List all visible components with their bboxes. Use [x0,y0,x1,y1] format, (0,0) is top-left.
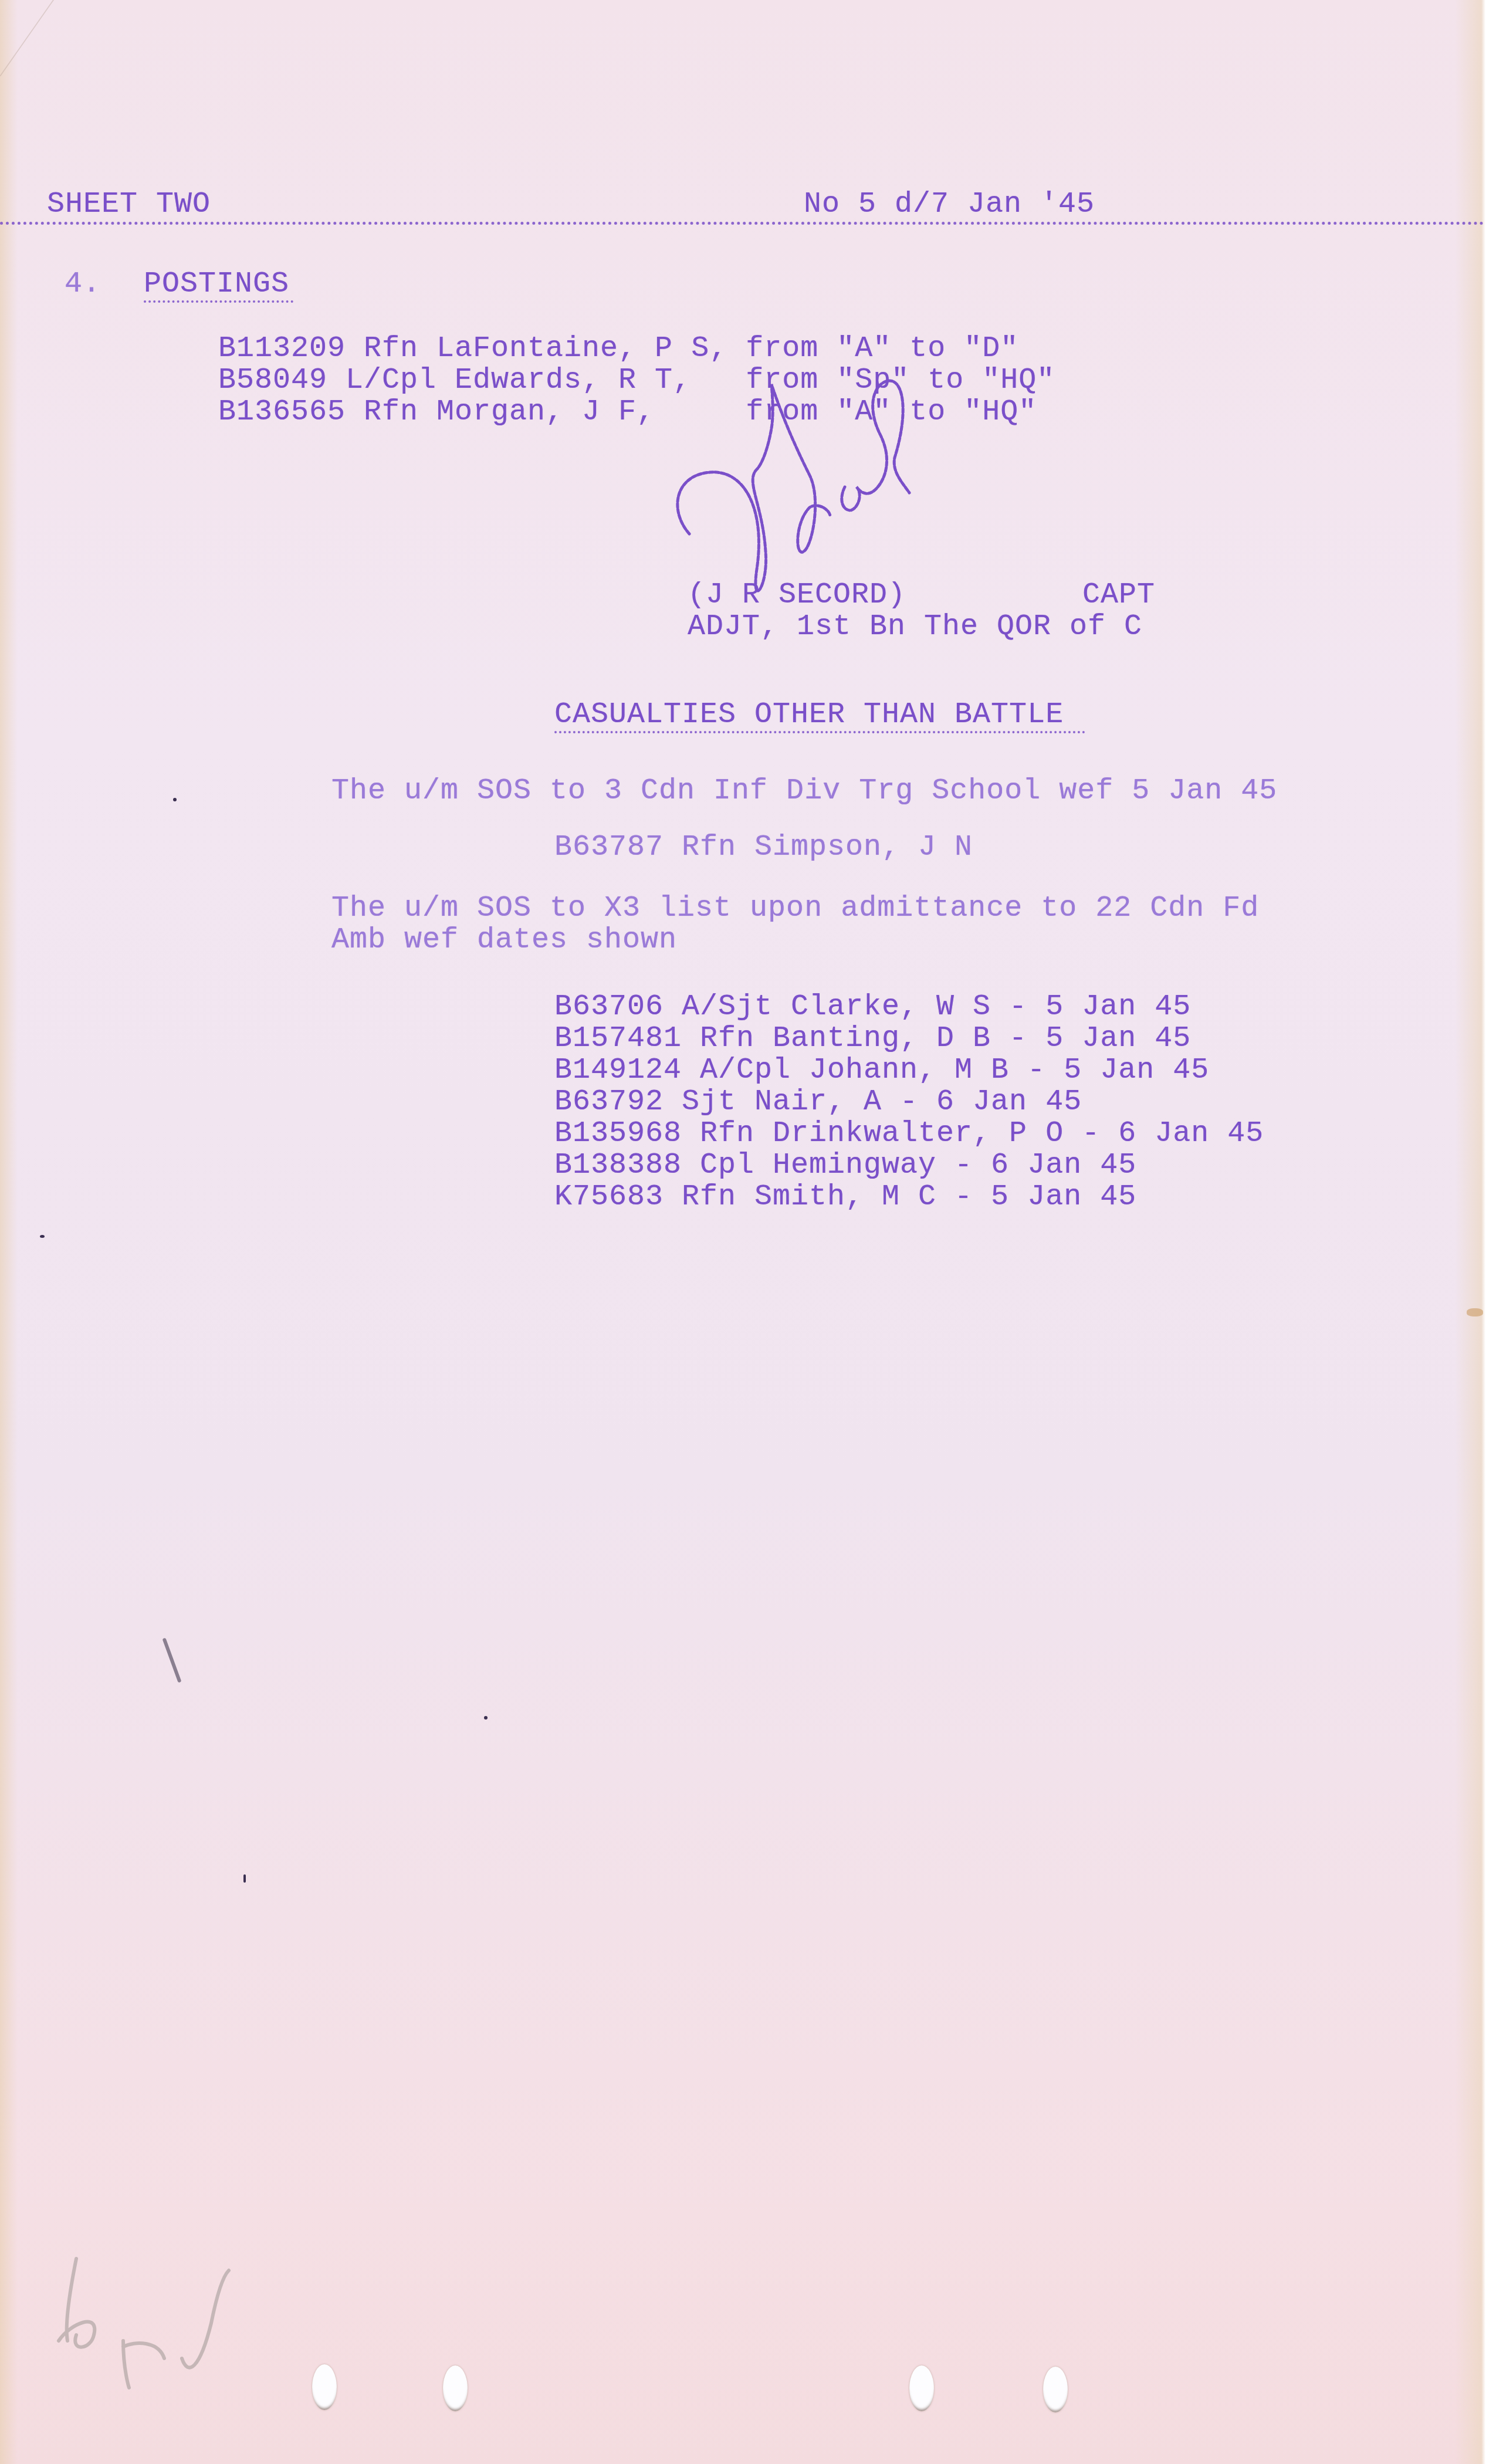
list-item: B157481 Rfn Banting, D B - 5 Jan 45 [554,1023,1191,1055]
ink-speck [243,1874,246,1883]
paragraph-x3-list-line1: The u/m SOS to X3 list upon admittance t… [331,893,1259,925]
handwritten-initials-icon [35,2253,246,2394]
pencil-mark [163,1637,182,1683]
paper-stain [1467,1308,1483,1316]
document-page: SHEET TWO No 5 d/7 Jan '45 4. POSTINGS B… [0,0,1496,2464]
section-number: 4. [65,269,101,300]
ink-speck [173,798,177,801]
list-item: B138388 Cpl Hemingway - 6 Jan 45 [554,1150,1136,1182]
list-item: B63792 Sjt Nair, A - 6 Jan 45 [554,1087,1082,1118]
handwritten-signature-icon [663,375,1027,598]
list-item: B63706 A/Sjt Clarke, W S - 5 Jan 45 [554,991,1191,1023]
punch-hole [1043,2367,1068,2412]
section-title-postings: POSTINGS [144,269,289,300]
list-item: B113209 Rfn LaFontaine, P S, from "A" to… [218,333,1018,365]
header-rule [0,222,1484,225]
paragraph-trg-school: The u/m SOS to 3 Cdn Inf Div Trg School … [331,776,1277,807]
signatory-name: (J R SECORD) [688,580,906,611]
list-item: K75683 Rfn Smith, M C - 5 Jan 45 [554,1182,1136,1213]
punch-hole [443,2365,468,2411]
paper-fold-crease [0,0,54,76]
sheet-label: SHEET TWO [47,189,211,221]
order-reference: No 5 d/7 Jan '45 [804,189,1095,221]
section-title-casualties: CASUALTIES OTHER THAN BATTLE [554,699,1064,731]
ink-speck [484,1716,488,1720]
signatory-rank: CAPT [1082,580,1155,611]
casualties-underline [554,731,1085,733]
list-item: B63787 Rfn Simpson, J N [554,832,973,864]
signatory-appointment: ADJT, 1st Bn The QOR of C [688,611,1142,643]
ink-speck [40,1235,45,1238]
list-item: B149124 A/Cpl Johann, M B - 5 Jan 45 [554,1055,1209,1087]
punch-hole [909,2365,934,2411]
paragraph-x3-list-line2: Amb wef dates shown [331,925,677,956]
punch-hole [312,2364,337,2410]
list-item: B135968 Rfn Drinkwalter, P O - 6 Jan 45 [554,1118,1264,1150]
postings-underline [144,300,293,303]
